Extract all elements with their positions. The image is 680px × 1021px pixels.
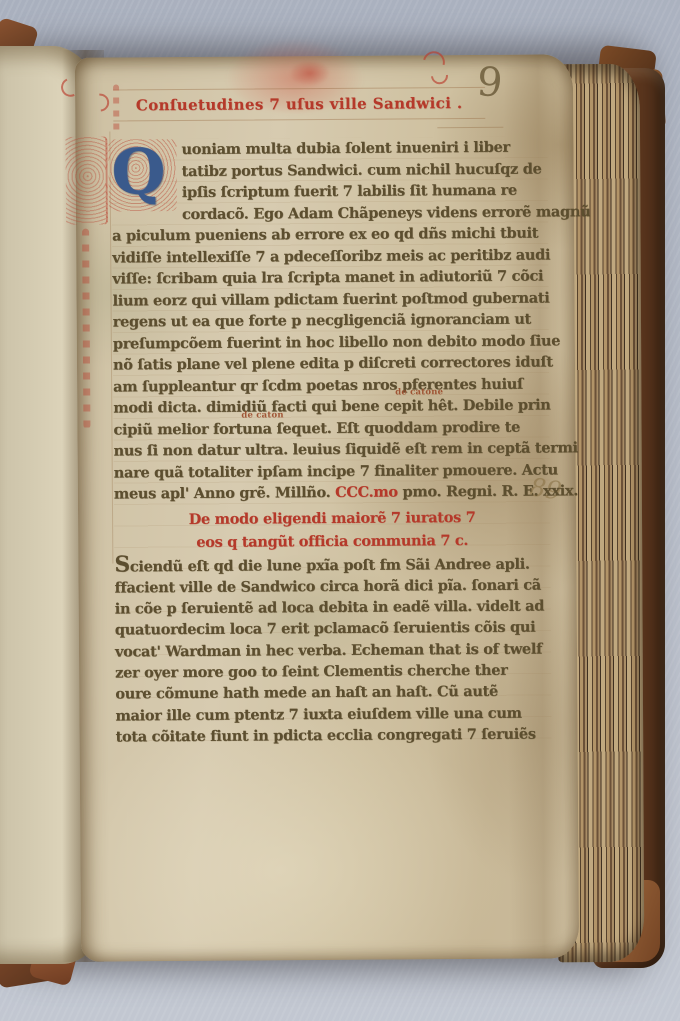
text-line: oure cõmune hath mede an haſt an haſt. C… [115, 681, 551, 705]
interlinear-gloss: de caton [241, 410, 283, 420]
text-line: nus ſi non datur ultra. leuius ſiquidẽ e… [114, 437, 550, 462]
text-line: meus apl' Anno grẽ. Millño. CCC.mo pmo. … [114, 480, 550, 505]
initial-letter-q: Q [111, 135, 166, 208]
text-line: a piculum pueniens ab errore ex eo qd dñ… [112, 222, 548, 247]
red-ink-bleed-stain [290, 60, 330, 86]
header-rubric: Conſuetudines 7 uſus ville Sandwici . [136, 94, 463, 114]
text-line: maior ille cum ptentz 7 iuxta eiuſdem vi… [115, 702, 551, 726]
illuminated-initial: Q [111, 142, 173, 208]
text-line: modi dicta. dimidiũ facti qui bene cepit… [113, 394, 549, 419]
text-line: nõ ſatis plane vel plene edita p diſcret… [113, 351, 549, 376]
text-line: cordacõ. Ego Adam Chãpeneys videns error… [112, 201, 548, 226]
text-line: am ſuppleantur qr ſcdm poetas nros pfere… [113, 373, 549, 398]
header-rule-box: Conſuetudines 7 uſus ville Sandwici . [113, 87, 485, 122]
paragraph-1: uoniam multa dubia ſolent inueniri i lib… [111, 136, 550, 505]
filigree-ascender [113, 84, 119, 136]
text-line: uoniam multa dubia ſolent inueniri i lib… [111, 136, 547, 161]
text-block: Q uoniam multa dubia ſolent inueniri i l… [111, 136, 551, 747]
folio-number: 9 [475, 62, 504, 104]
text-line: nare quã totaliter ipſam incipe 7 finali… [114, 459, 550, 484]
text-line: tatibz portus Sandwici. cum nichil hucuſ… [112, 158, 548, 183]
text-line: vocat' Wardman in hec verba. Echeman tha… [115, 638, 551, 662]
text-line: De modo eligendi maiorẽ 7 iuratos 7 [114, 505, 550, 531]
paragraph-2: Sciendũ eſt qd die lune pxĩa poſt fm Sãi… [114, 553, 551, 748]
interlinear-gloss: de catone [395, 387, 443, 397]
text-line: regens ut ea que forte p necgligenciã ig… [113, 308, 549, 333]
text-line: eos q tangũt officia communia 7 c. [114, 528, 550, 554]
text-line: Sciendũ eſt qd die lune pxĩa poſt fm Sãi… [114, 553, 550, 577]
text-line: zer oyer more goo to ſeint Clementis che… [115, 659, 551, 683]
text-line: tota cõitate fiunt in pdicta ecclia cong… [116, 723, 552, 747]
penwork-curl [87, 90, 112, 115]
ruling-line [437, 127, 503, 128]
text-line: ffacient ville de Sandwico circa horã di… [114, 574, 550, 598]
manuscript-page: Conſuetudines 7 uſus ville Sandwici . 9 … [75, 54, 579, 961]
text-line: vidiſſe intellexiſſe 7 a pdeceſſoribz me… [112, 244, 548, 269]
text-line: cipiũ melior fortuna ſequet. Eſt quoddam… [113, 416, 549, 441]
filigree-tail [82, 229, 90, 429]
text-line: in cõe p ſeruientẽ ad loca debita in ead… [115, 596, 551, 620]
margin-filigree [65, 137, 108, 225]
text-line: quatuordecim loca 7 erit pclamacõ ſeruie… [115, 617, 551, 641]
text-line: ipſis ſcriptum fuerit 7 labilis ſit huma… [112, 179, 548, 204]
text-line: viſſe: ſcribam quia lra ſcripta manet in… [112, 265, 548, 290]
photograph-of-manuscript: { "manuscript": { "folio_number": "9", "… [0, 0, 680, 1021]
text-line: lium eorz qui villam pdictam fuerint poſ… [112, 287, 548, 312]
text-line: preſumpcõem fuerint in hoc libello non d… [113, 330, 549, 355]
section-rubric: De modo eligendi maiorẽ 7 iuratos 7eos q… [114, 505, 550, 554]
